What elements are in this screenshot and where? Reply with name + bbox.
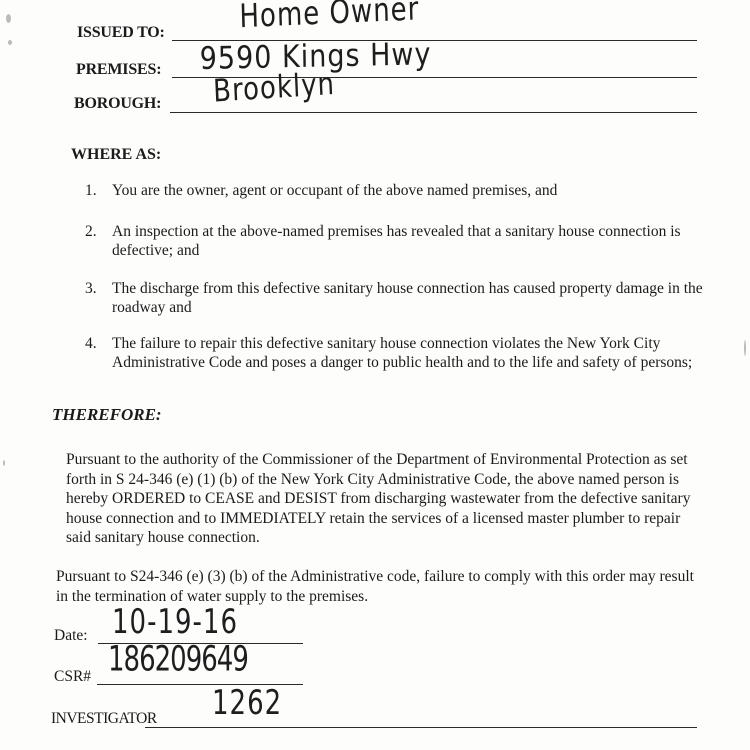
borough-line — [170, 112, 697, 113]
item-text: The discharge from this defective sanita… — [112, 279, 715, 317]
therefore-heading: THEREFORE: — [52, 405, 162, 425]
investigator-label: INVESTIGATOR — [51, 710, 157, 728]
date-label: Date: — [54, 627, 88, 645]
issued-to-value: Home Owner — [239, 0, 420, 36]
item-number: 1. — [85, 181, 105, 200]
premises-label: PREMISES: — [76, 61, 161, 79]
item-text: The failure to repair this defective san… — [112, 334, 715, 372]
investigator-line — [145, 727, 697, 728]
csr-value: 186209649 — [108, 640, 248, 681]
borough-label: BOROUGH: — [74, 95, 161, 113]
csr-label: CSR# — [54, 668, 91, 686]
investigator-value: 1262 — [212, 684, 282, 723]
borough-value: Brooklyn — [212, 66, 335, 110]
item-number: 3. — [85, 279, 105, 298]
penalty-paragraph: Pursuant to S24-346 (e) (3) (b) of the A… — [56, 567, 706, 606]
item-number: 4. — [85, 334, 105, 353]
date-value: 10-19-16 — [112, 603, 238, 642]
item-text: You are the owner, agent or occupant of … — [112, 181, 715, 200]
order-paragraph: Pursuant to the authority of the Commiss… — [66, 450, 706, 548]
scan-artifact — [744, 340, 746, 356]
item-number: 2. — [85, 222, 105, 241]
whereas-heading: WHERE AS: — [71, 146, 161, 164]
issued-to-label: ISSUED TO: — [77, 24, 165, 42]
scan-artifact — [8, 40, 12, 45]
scan-artifact — [3, 460, 5, 466]
item-text: An inspection at the above-named premise… — [112, 222, 715, 260]
scan-artifact — [6, 14, 11, 23]
